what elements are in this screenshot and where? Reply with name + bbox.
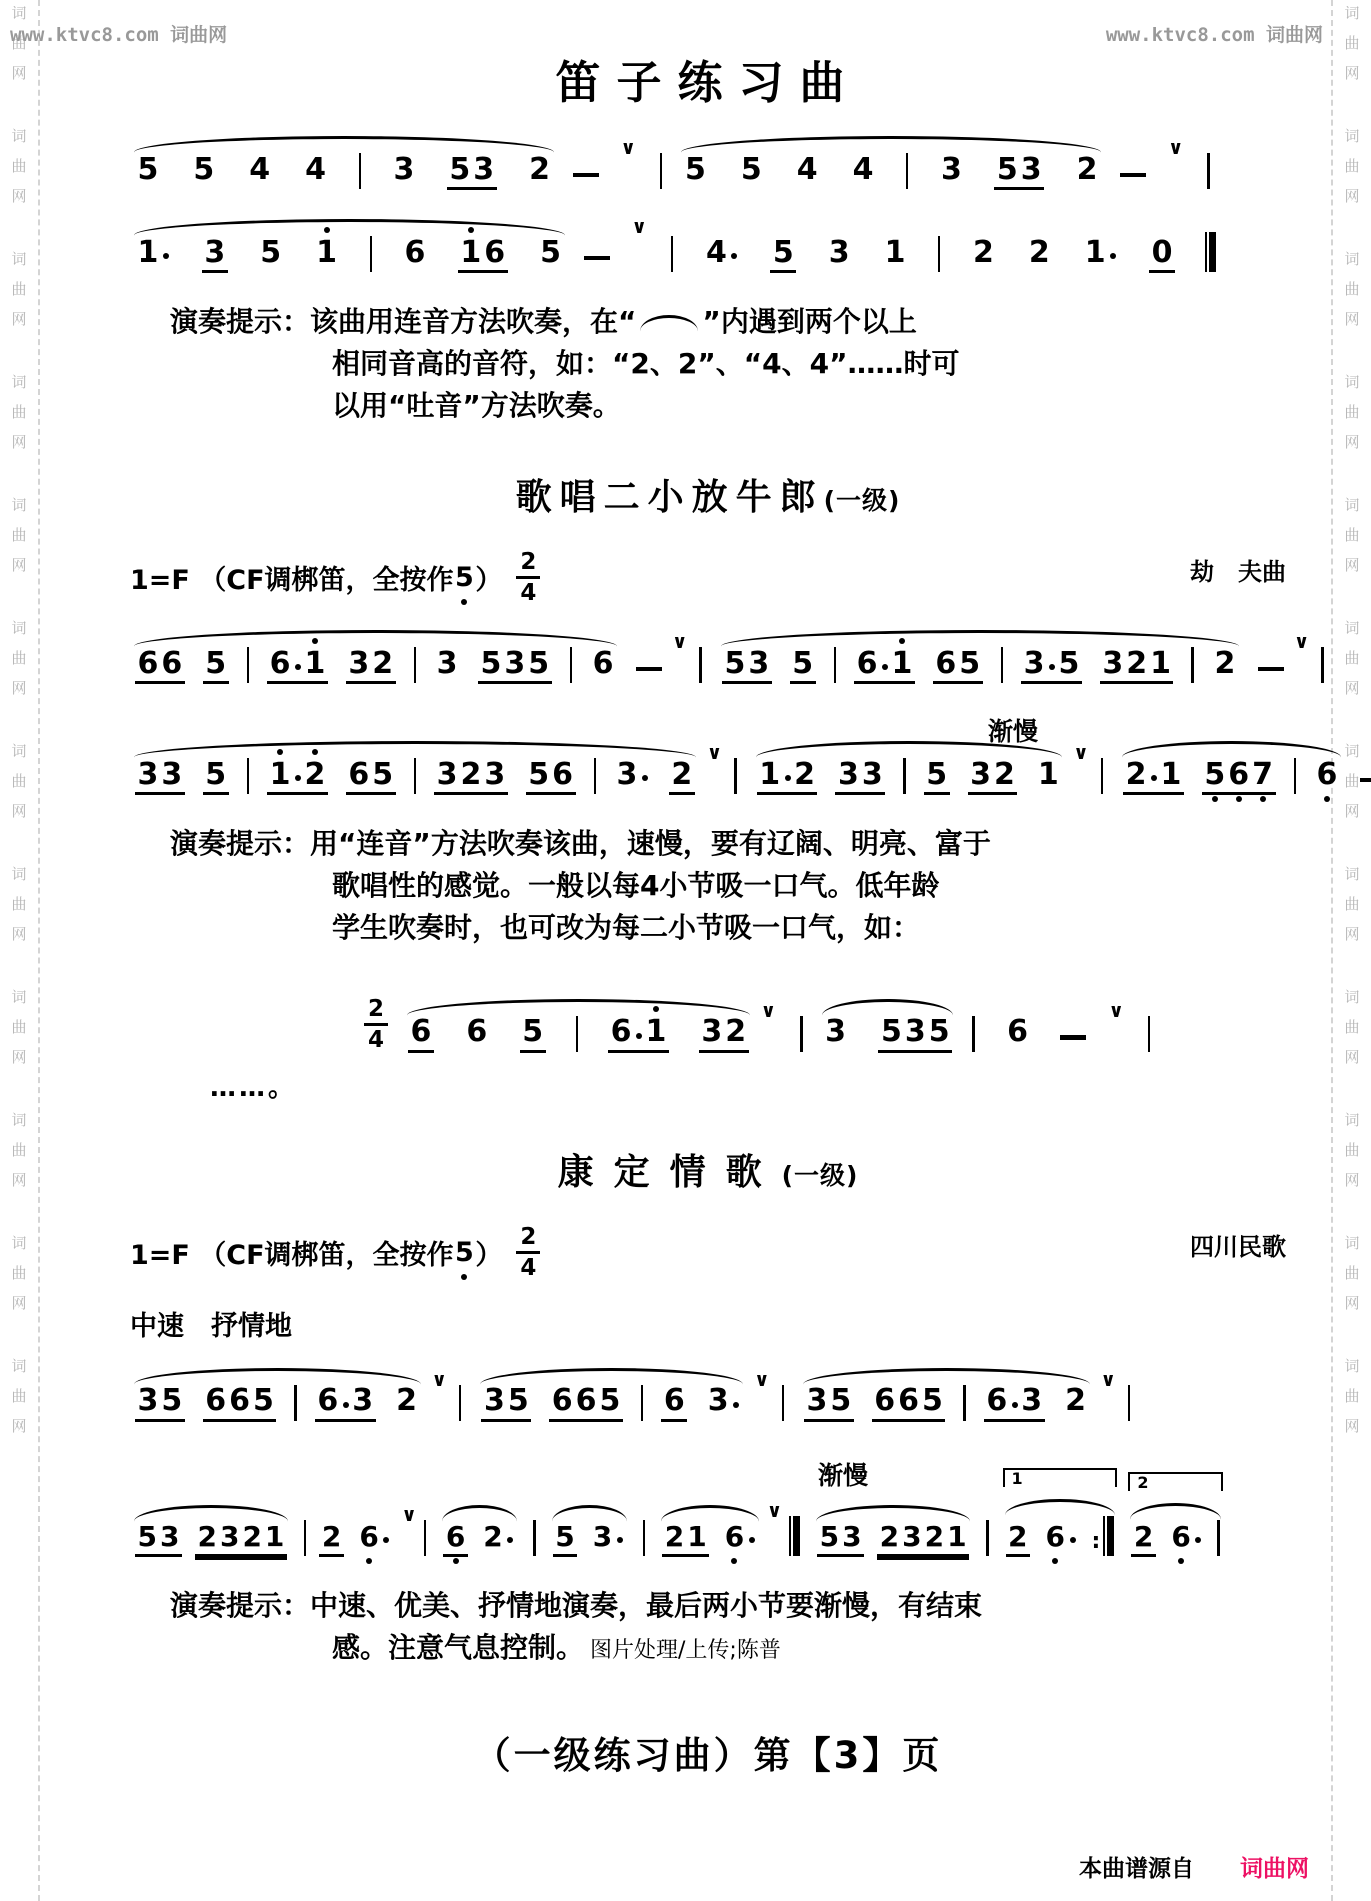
- piece3-title-text: 康定情歌: [558, 1152, 782, 1193]
- tip-line: 学生吹奏时，也可改为每二小节吸一口气，如：: [170, 907, 1166, 949]
- slur-symbol-icon: [640, 315, 698, 333]
- piece2-composer: 劫 夫曲: [1190, 550, 1286, 587]
- source-line: 本曲谱源自词曲网: [1079, 1850, 1309, 1883]
- piece2-title: 歌唱二小放牛郎(一级): [130, 469, 1286, 520]
- music-line-4: 33512653235632∨12335321∨215676: [130, 728, 1286, 795]
- volta-bracket: 2: [1128, 1472, 1222, 1491]
- time-top: 2: [516, 1225, 540, 1254]
- tip-line: 演奏提示：该曲用连音方法吹奏，在“”内遇到两个以上: [170, 301, 1166, 343]
- time-signature: 24: [516, 550, 540, 605]
- music-line-1: 55443532∨55443532∨: [130, 127, 1286, 190]
- sheet-music-page: 词曲网词曲网词曲网词曲网词曲网词曲网词曲网词曲网词曲网词曲网词曲网词曲网 词曲网…: [0, 0, 1371, 1901]
- tempo-marking: 中速 抒情地: [130, 1304, 1286, 1343]
- performance-tip-1: 演奏提示：该曲用连音方法吹奏，在“”内遇到两个以上 相同音高的音符，如：“2、2…: [170, 301, 1166, 427]
- time-bottom: 4: [520, 579, 536, 605]
- key-prefix: 1=F （CF调梆笛，全按作: [130, 1233, 454, 1272]
- key-suffix: ）: [475, 1233, 502, 1272]
- time-signature: 24: [516, 1225, 540, 1280]
- tip-label: 演奏提示：: [170, 1589, 310, 1622]
- piece2-key-row: 1=F （CF调梆笛，全按作5）24 劫 夫曲: [130, 550, 1286, 605]
- ellipsis-text: ……。: [210, 1067, 1286, 1104]
- tip-text: 用“连音”方法吹奏该曲，速慢，要有辽阔、明亮、富于: [310, 827, 991, 860]
- tip-label: 演奏提示：: [170, 305, 310, 338]
- tip-label: 演奏提示：: [170, 827, 310, 860]
- tip-text: 中速、优美、抒情地演奏，最后两小节要渐慢，有结束: [310, 1589, 982, 1622]
- source-label: 本曲谱源自: [1079, 1856, 1194, 1882]
- key-prefix: 1=F （CF调梆笛，全按作: [130, 558, 454, 597]
- piece2-grade: (一级): [824, 486, 901, 515]
- source-brand: 词曲网: [1240, 1856, 1309, 1882]
- time-top: 2: [516, 550, 540, 579]
- piece2-title-text: 歌唱二小放牛郎: [516, 477, 824, 518]
- tip-line: 相同音高的音符，如：“2、2”、“4、4”……时可: [170, 343, 1166, 385]
- performance-tip-2: 演奏提示：用“连音”方法吹奏该曲，速慢，要有辽阔、明亮、富于 歌唱性的感觉。一般…: [170, 823, 1166, 949]
- volta-bracket: 1: [1003, 1468, 1118, 1487]
- tip-text: 该曲用连音方法吹奏，在“: [310, 305, 636, 338]
- tip-line: 感。注意气息控制。图片处理/上传;陈普: [170, 1627, 1166, 1669]
- upload-credit: 图片处理/上传;陈普: [590, 1638, 781, 1663]
- watermark-column-left: 词曲网词曲网词曲网词曲网词曲网词曲网词曲网词曲网词曲网词曲网词曲网词曲网: [2, 6, 36, 1901]
- music-line-6: 53232126∨6253216∨532321126:226: [130, 1456, 1286, 1557]
- left-dashed-rule: [38, 0, 40, 1901]
- music-line-2: 13516165∨45312210: [130, 206, 1286, 273]
- piece3-grade: (一级): [782, 1161, 859, 1190]
- tip-line: 以用“吐音”方法吹奏。: [170, 385, 1166, 427]
- piece3-key-signature: 1=F （CF调梆笛，全按作5）24: [130, 1225, 540, 1280]
- key-note: 5: [455, 562, 474, 593]
- score-content: 笛子练习曲 55443532∨55443532∨ 13516165∨453122…: [130, 0, 1286, 1779]
- right-dashed-rule: [1331, 0, 1333, 1901]
- piece3-title: 康定情歌(一级): [130, 1144, 1286, 1195]
- page-title: 笛子练习曲: [130, 46, 1286, 111]
- tip-line: 演奏提示：用“连音”方法吹奏该曲，速慢，要有辽阔、明亮、富于: [170, 823, 1166, 865]
- music-line-3: 665613235356∨5356165353212∨: [130, 621, 1286, 684]
- key-suffix: ）: [475, 558, 502, 597]
- piece3-key-row: 1=F （CF调梆笛，全按作5）24 四川民歌: [130, 1225, 1286, 1280]
- piece3-source: 四川民歌: [1190, 1225, 1286, 1262]
- page-footer: （一级练习曲）第【3】页: [130, 1725, 1286, 1779]
- key-note: 5: [455, 1237, 474, 1268]
- watermark-column-right: 词曲网词曲网词曲网词曲网词曲网词曲网词曲网词曲网词曲网词曲网词曲网词曲网: [1335, 6, 1369, 1901]
- piece2-key-signature: 1=F （CF调梆笛，全按作5）24: [130, 550, 540, 605]
- tip-text: 感。注意气息控制。: [332, 1631, 584, 1664]
- tip-text: ”内遇到两个以上: [702, 305, 916, 338]
- music-example-line: 246656132∨35356∨: [345, 971, 1286, 1052]
- performance-tip-3: 演奏提示：中速、优美、抒情地演奏，最后两小节要渐慢，有结束 感。注意气息控制。图…: [170, 1585, 1166, 1669]
- time-bottom: 4: [520, 1254, 536, 1280]
- music-line-5: 35665632∨3566563∨35665632∨: [130, 1359, 1286, 1422]
- tip-line: 歌唱性的感觉。一般以每4小节吸一口气。低年龄: [170, 865, 1166, 907]
- tip-line: 演奏提示：中速、优美、抒情地演奏，最后两小节要渐慢，有结束: [170, 1585, 1166, 1627]
